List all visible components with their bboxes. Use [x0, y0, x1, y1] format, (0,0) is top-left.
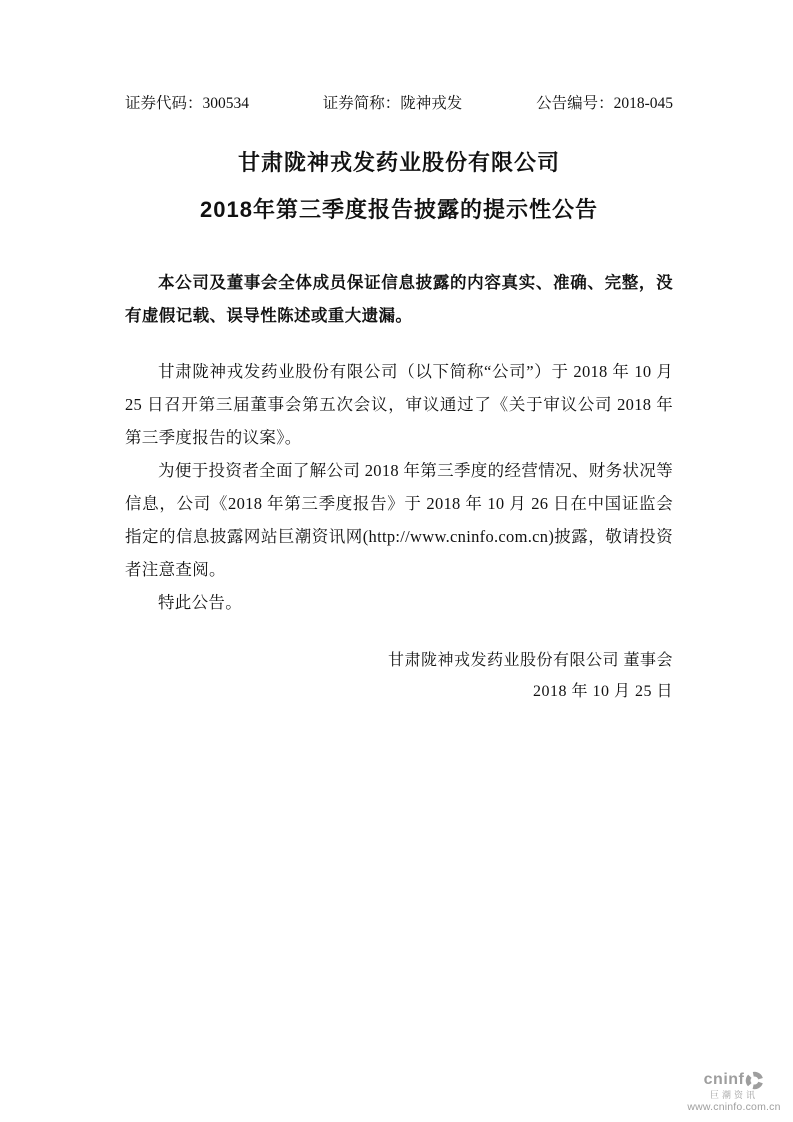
- cninfo-brand-row: cninf: [679, 1071, 789, 1090]
- announcement-title: 2018年第三季度报告披露的提示性公告: [125, 194, 673, 225]
- body-paragraph-2: 为便于投资者全面了解公司 2018 年第三季度的经营情况、财务状况等信息，公司《…: [125, 454, 673, 586]
- stock-code-label: 证券代码：300534: [125, 93, 249, 115]
- cninfo-logo: cninf 巨潮资讯 www.cninfo.com.cn: [679, 1071, 789, 1114]
- stock-name-label: 证券简称：陇神戎发: [323, 93, 463, 115]
- signature-company: 甘肃陇神戎发药业股份有限公司 董事会: [125, 645, 673, 676]
- closing-line: 特此公告。: [125, 586, 673, 619]
- cninfo-url: www.cninfo.com.cn: [679, 1102, 789, 1114]
- board-statement-paragraph: 本公司及董事会全体成员保证信息披露的内容真实、准确、完整，没有虚假记载、误导性陈…: [125, 267, 673, 333]
- cninfo-brand-text: cninf: [704, 1071, 745, 1089]
- cninfo-chinese-name: 巨潮资讯: [679, 1091, 789, 1101]
- announcement-number-label: 公告编号：2018-045: [536, 93, 673, 115]
- body-paragraph-1: 甘肃陇神戎发药业股份有限公司（以下简称“公司”）于 2018 年 10 月 25…: [125, 355, 673, 454]
- document-header: 证券代码：300534 证券简称：陇神戎发 公告编号：2018-045: [125, 93, 673, 115]
- company-name-title: 甘肃陇神戎发药业股份有限公司: [125, 147, 673, 178]
- signature-date: 2018 年 10 月 25 日: [125, 676, 673, 707]
- cninfo-pinwheel-icon: [745, 1071, 764, 1090]
- document-page: 证券代码：300534 证券简称：陇神戎发 公告编号：2018-045 甘肃陇神…: [125, 93, 673, 707]
